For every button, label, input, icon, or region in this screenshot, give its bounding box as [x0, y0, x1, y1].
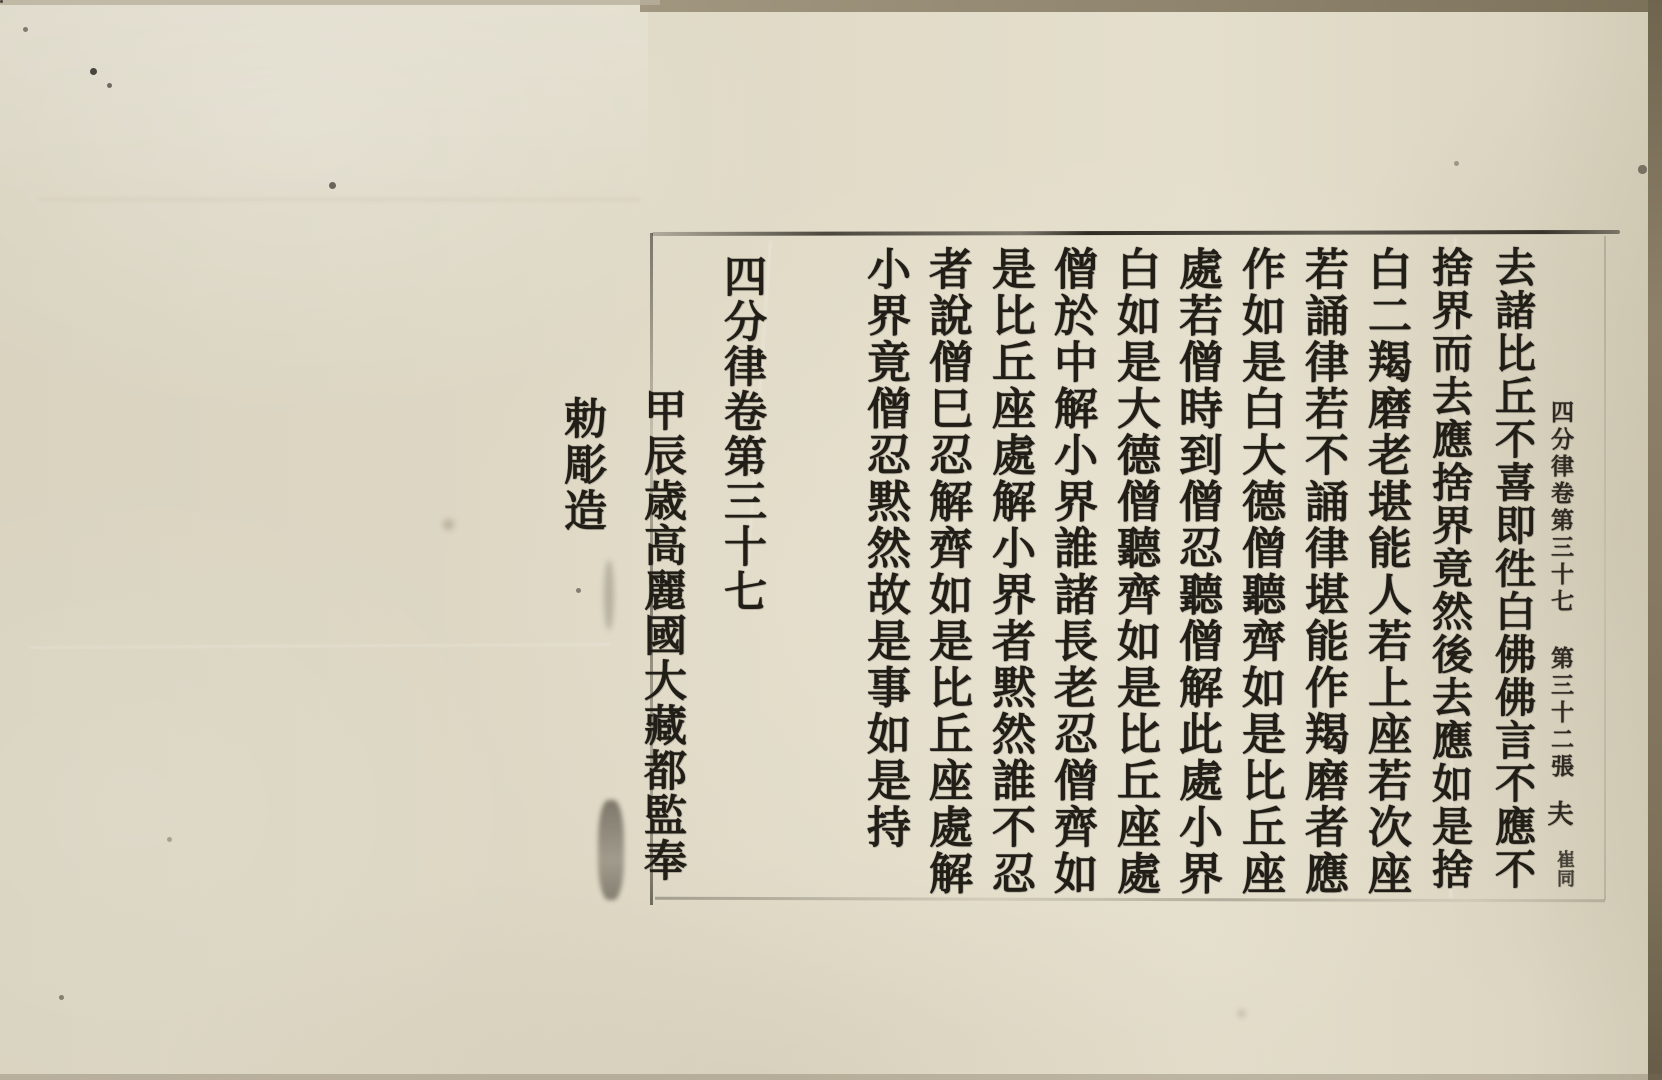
ink-smudge-faint	[604, 560, 614, 630]
text-column-4: 若誦律若不誦律堪能作羯磨者應	[1294, 246, 1354, 918]
backing-right-edge	[1648, 0, 1662, 1080]
margin-scroll-title: 四分律卷第三十七	[1541, 400, 1577, 616]
crease-line	[30, 643, 610, 648]
colophon-column-2: 勅彫造	[552, 396, 613, 534]
margin-sheet-number: 第三十二張	[1541, 646, 1577, 781]
paper-bottom-edge	[0, 1074, 1662, 1080]
text-column-1: 去諸比丘不喜即徃白佛佛言不應不	[1482, 246, 1542, 918]
frame-border-right	[1604, 236, 1606, 900]
paper-light-band	[0, 0, 648, 200]
text-column-3: 白二羯磨老堪能人若上座若次座	[1357, 246, 1417, 918]
text-column-7: 白如是大德僧聽齊如是比丘座處	[1106, 246, 1166, 918]
backing-top-edge	[640, 0, 1662, 12]
colophon-column-1: 甲辰歳高麗國大藏都監奉	[632, 388, 693, 883]
crease-line	[40, 198, 640, 201]
margin-carver-mark: 崔同	[1541, 850, 1577, 888]
scanned-sutra-page-photo: 去諸比丘不喜即徃白佛佛言不應不 捨界而去應捨界竟然後去應如是捨 白二羯磨老堪能人…	[0, 0, 1662, 1080]
ink-smudge	[598, 800, 624, 900]
paper-specks	[0, 0, 3, 3]
margin-case-mark: 夫	[1541, 800, 1577, 830]
text-column-9: 是比丘座處解小界者黙然誰不忍	[981, 246, 1041, 918]
text-column-5: 作如是白大德僧聽齊如是比丘座	[1231, 246, 1291, 918]
end-title-column: 四分律卷第三十七	[712, 254, 773, 614]
text-column-11: 小界竟僧忍黙然故是事如是持	[856, 246, 916, 918]
text-column-8: 僧於中解小界誰諸長老忍僧齊如	[1043, 246, 1103, 918]
frame-border-top	[652, 230, 1620, 236]
text-column-2: 捨界而去應捨界竟然後去應如是捨	[1419, 246, 1479, 918]
paper-top-edge	[0, 0, 660, 5]
text-column-10: 者說僧巳忍解齊如是比丘座處解	[918, 246, 978, 918]
text-column-6: 處若僧時到僧忍聽僧解此處小界	[1168, 246, 1228, 918]
